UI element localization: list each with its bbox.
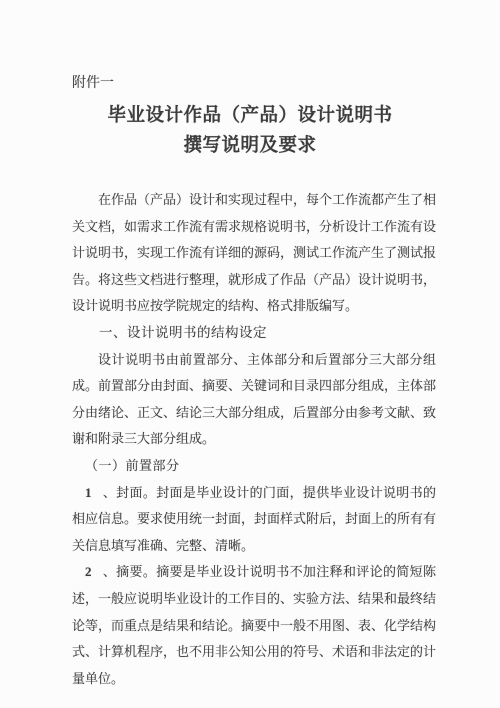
document-body: 在作品（产品）设计和实现过程中，每个工作流都产生了相关文档，如需求工作流有需求规… bbox=[72, 187, 436, 692]
list-item-1-number: 1 bbox=[85, 485, 92, 500]
title-line-2: 撰写说明及要求 bbox=[30, 131, 470, 161]
title-line-1: 毕业设计作品（产品）设计说明书 bbox=[30, 101, 470, 131]
list-item-2-number: 2 bbox=[85, 564, 92, 579]
list-item-2: 2、摘要。摘要是毕业设计说明书不加注释和评论的简短陈述，一般应说明毕业设计的工作… bbox=[72, 559, 436, 692]
attachment-label: 附件一 bbox=[72, 74, 436, 93]
list-item-1-text: 、封面。封面是毕业设计的门面，提供毕业设计说明书的相应信息。要求使用统一封面，封… bbox=[72, 485, 436, 553]
intro-paragraph: 在作品（产品）设计和实现过程中，每个工作流都产生了相关文档，如需求工作流有需求规… bbox=[72, 187, 436, 320]
document-title: 毕业设计作品（产品）设计说明书 撰写说明及要求 bbox=[30, 101, 470, 161]
subsection-heading: （一）前置部分 bbox=[72, 453, 436, 480]
section-paragraph: 设计说明书由前置部分、主体部分和后置部分三大部分组成。前置部分由封面、摘要、关键… bbox=[72, 347, 436, 453]
list-item-1: 1、封面。封面是毕业设计的门面，提供毕业设计说明书的相应信息。要求使用统一封面，… bbox=[72, 480, 436, 560]
list-item-2-text: 、摘要。摘要是毕业设计说明书不加注释和评论的简短陈述，一般应说明毕业设计的工作目… bbox=[72, 564, 436, 685]
section-heading: 一、设计说明书的结构设定 bbox=[72, 320, 436, 347]
document-page: 附件一 毕业设计作品（产品）设计说明书 撰写说明及要求 在作品（产品）设计和实现… bbox=[0, 0, 500, 708]
